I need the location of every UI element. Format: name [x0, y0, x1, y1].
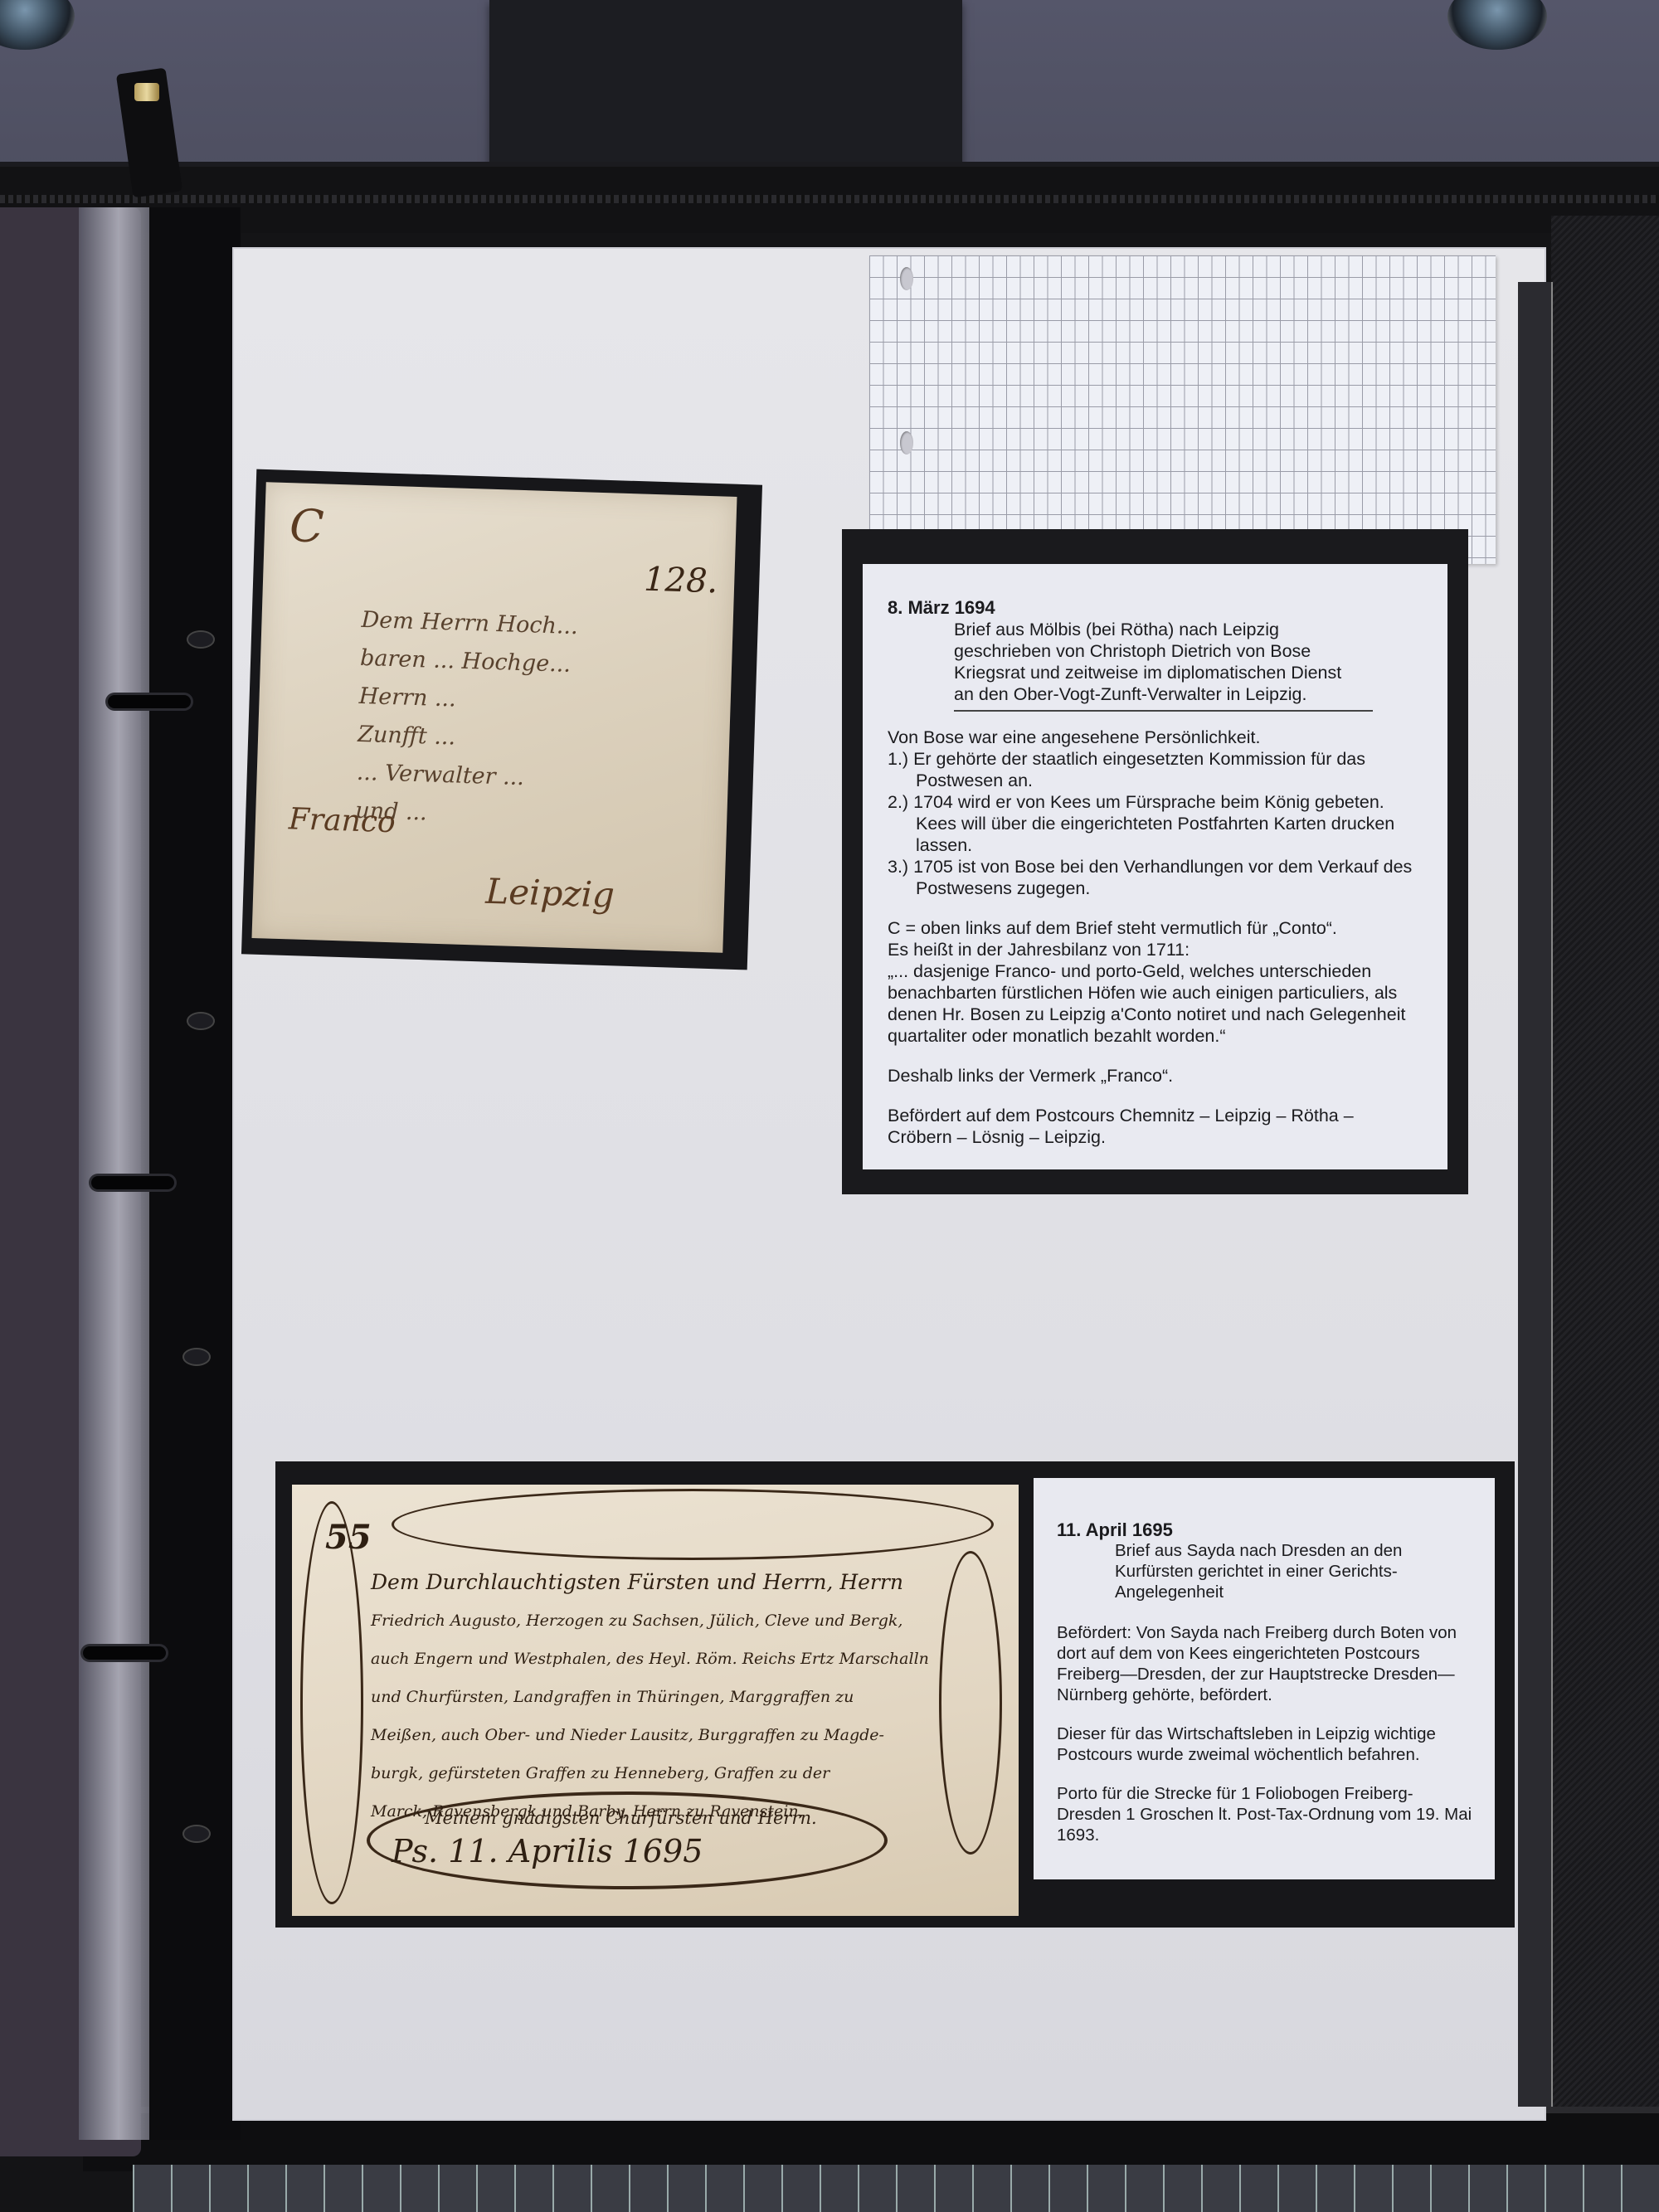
- intro-line: Kurfürsten gerichtet in einer Gerichts-: [1115, 1561, 1475, 1582]
- franco-mark: Franco: [288, 802, 396, 839]
- description-date: 11. April 1695: [1057, 1519, 1475, 1540]
- punch-hole-icon: [900, 431, 913, 455]
- address-line: burgk, gefürsteten Graffen zu Henneberg,…: [371, 1754, 929, 1792]
- divider: [954, 710, 1373, 712]
- address-line: Dem Herrn Hoch...: [361, 601, 579, 646]
- punch-hole-icon: [187, 1012, 215, 1030]
- intro-line: Brief aus Mölbis (bei Rötha) nach Leipzi…: [954, 619, 1423, 640]
- punch-hole-icon: [182, 1825, 211, 1843]
- intro-line: an den Ober-Vogt-Zunft-Verwalter in Leip…: [954, 683, 1423, 705]
- letter-1694: C 128. Dem Herrn Hoch... baren ... Hochg…: [252, 482, 737, 953]
- letter-number: 55: [325, 1518, 372, 1557]
- address-line: auch Engern und Westphalen, des Heyl. Rö…: [371, 1640, 929, 1678]
- binder-ring-icon: [83, 1646, 166, 1660]
- flourish-left-icon: [300, 1501, 363, 1904]
- quote: „... dasjenige Franco- und porto-Geld, w…: [888, 960, 1423, 1047]
- porto-note: Porto für die Strecke für 1 Foliobogen F…: [1057, 1783, 1475, 1845]
- conto-line: Es heißt in der Jahresbilanz von 1711:: [888, 939, 1423, 960]
- franco-note: Deshalb links der Vermerk „Franco“.: [888, 1065, 1423, 1087]
- address-line: und Churfürsten, Landgraffen in Thüringe…: [371, 1678, 929, 1716]
- binder-ring-icon: [108, 695, 191, 708]
- persona-section: Von Bose war eine angesehene Persönlichk…: [888, 727, 1423, 899]
- zipper-teeth: [0, 195, 1659, 203]
- description-intro: Brief aus Sayda nach Dresden an den Kurf…: [1057, 1540, 1475, 1602]
- economy-note: Dieser für das Wirtschaftsleben in Leipz…: [1057, 1723, 1475, 1765]
- date-signature: Ps. 11. Aprilis 1695: [392, 1833, 703, 1869]
- list-item: 1.) Er gehörte der staatlich eingesetzte…: [888, 748, 1423, 791]
- address-line: Friedrich Augusto, Herzogen zu Sachsen, …: [371, 1602, 929, 1640]
- list-item: 2.) 1704 wird er von Kees um Fürsprache …: [888, 791, 1423, 856]
- address-line: baren ... Hochge...: [359, 639, 577, 684]
- list-item: 3.) 1705 ist von Bose bei den Verhandlun…: [888, 856, 1423, 899]
- description-card-1694: 8. März 1694 Brief aus Mölbis (bei Rötha…: [863, 564, 1447, 1169]
- page-sleeve-edge: [1518, 282, 1553, 2107]
- intro-line: geschrieben von Christoph Dietrich von B…: [954, 640, 1423, 662]
- zipper-pull-clasp-icon: [134, 83, 159, 101]
- address-line: Meinem gnädigsten Churfürsten und Herrn.: [425, 1808, 817, 1828]
- conto-line: C = oben links auf dem Brief steht vermu…: [888, 917, 1423, 939]
- binder-right-panel: [1551, 216, 1659, 2123]
- route-note: Befördert: Von Sayda nach Freiberg durch…: [1057, 1622, 1475, 1705]
- flourish-right-icon: [939, 1551, 1002, 1855]
- flourish-top-icon: [392, 1489, 994, 1560]
- address-line: Meißen, auch Ober- und Nieder Lausitz, B…: [371, 1716, 929, 1754]
- intro-line: Brief aus Sayda nach Dresden an den: [1115, 1540, 1475, 1561]
- description-card-1695: 11. April 1695 Brief aus Sayda nach Dres…: [1034, 1478, 1495, 1879]
- cutting-mat: [133, 2165, 1659, 2212]
- ring-mechanism: [149, 207, 241, 2140]
- address-block: Dem Herrn Hoch... baren ... Hochge... He…: [355, 601, 579, 837]
- punch-hole-icon: [900, 267, 913, 290]
- letter-1695: 55 Dem Durchlauchtigsten Fürsten und Her…: [292, 1485, 1019, 1916]
- address-line: ... Verwalter ...: [356, 754, 574, 799]
- conto-mark: C: [289, 499, 324, 552]
- graph-paper-slip: [869, 255, 1496, 564]
- binder-ring-icon: [91, 1176, 174, 1189]
- address-line: Zunfft ...: [358, 716, 576, 761]
- conto-section: C = oben links auf dem Brief steht vermu…: [888, 917, 1423, 1047]
- intro-line: Angelegenheit: [1115, 1582, 1475, 1602]
- destination: Leipzig: [485, 871, 615, 916]
- intro-line: Kriegsrat und zeitweise im diplomatische…: [954, 662, 1423, 683]
- letter-number: 128.: [644, 561, 718, 601]
- address-block: Dem Durchlauchtigsten Fürsten und Herrn,…: [371, 1563, 929, 1830]
- address-line: Dem Durchlauchtigsten Fürsten und Herrn,…: [371, 1563, 929, 1602]
- persona-heading: Von Bose war eine angesehene Persönlichk…: [888, 727, 1423, 748]
- address-line: Herrn ...: [358, 678, 577, 722]
- punch-hole-icon: [187, 630, 215, 649]
- description-date: 8. März 1694: [888, 597, 1423, 619]
- punch-hole-icon: [182, 1348, 211, 1366]
- route-note: Befördert auf dem Postcours Chemnitz – L…: [888, 1105, 1423, 1148]
- description-intro: Brief aus Mölbis (bei Rötha) nach Leipzi…: [888, 619, 1423, 705]
